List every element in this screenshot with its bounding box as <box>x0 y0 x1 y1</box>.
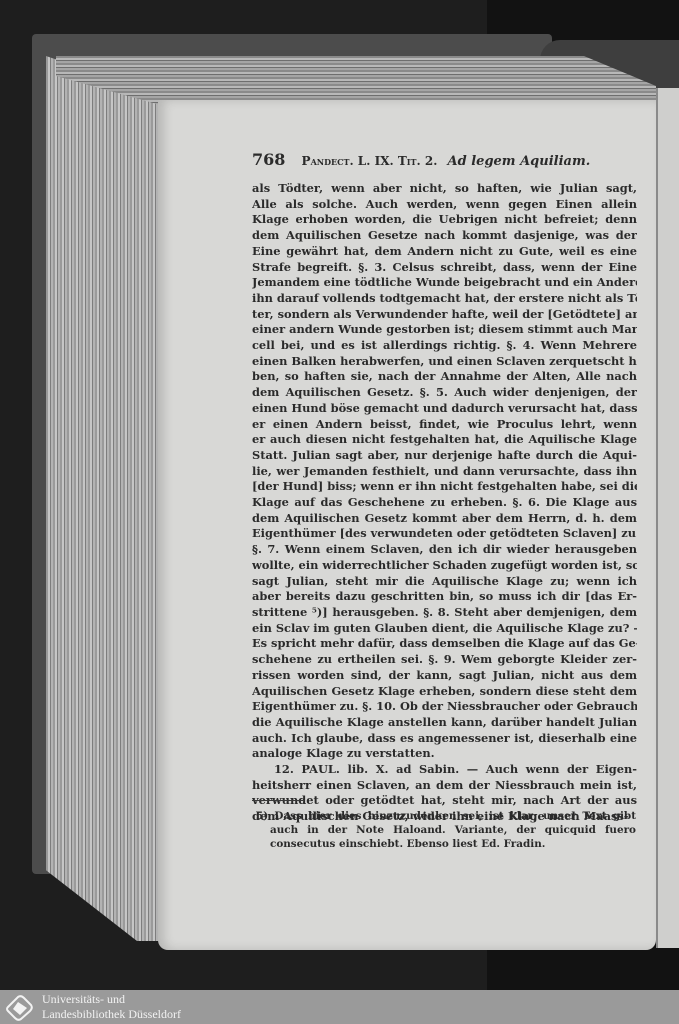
text-line: einen Balken herabwerfen, und einen Scla… <box>252 354 637 370</box>
text-line: Eine gewährt hat, dem Andern nicht zu Gu… <box>252 244 637 260</box>
text-line: als Tödter, wenn aber nicht, so haften, … <box>252 181 637 197</box>
running-title-italic: Ad legem Aquiliam. <box>448 154 591 169</box>
text-line: Eigenthümer zu. §. 10. Ob der Niessbrauc… <box>252 699 637 715</box>
footnote-line: 5) Dass hier dies hinzuzudenken sei, ist… <box>256 809 636 823</box>
text-line: ben, so haften sie, nach der Annahme der… <box>252 369 637 385</box>
text-line: verwundet oder getödtet hat, steht mir, … <box>252 793 637 809</box>
text-line: Es spricht mehr dafür, dass demselben di… <box>252 636 637 652</box>
text-line: analoge Klage zu verstatten. <box>252 746 637 762</box>
book-logo-icon <box>4 993 34 1021</box>
text-line: die Aquilische Klage anstellen kann, dar… <box>252 715 637 731</box>
facing-page-edge <box>656 88 679 948</box>
text-line: heitsherr einen Sclaven, an dem der Nies… <box>252 778 637 794</box>
text-line: einen Hund böse gemacht und dadurch veru… <box>252 401 637 417</box>
footnote-rule <box>252 800 304 801</box>
page-top-edge <box>56 56 656 106</box>
footnote-line: consecutus einschiebt. Ebenso liest Ed. … <box>256 837 636 851</box>
text-line: dem Aquilischen Gesetze nach kommt dasje… <box>252 228 637 244</box>
text-line: er einen Andern beisst, findet, wie Proc… <box>252 417 637 433</box>
page-fore-edge <box>46 56 176 941</box>
text-line: strittene ⁵)] herausgeben. §. 8. Steht a… <box>252 605 637 621</box>
footnote: 5) Dass hier dies hinzuzudenken sei, ist… <box>256 809 636 851</box>
text-line: Eigenthümer [des verwundeten oder getödt… <box>252 526 637 542</box>
text-line: 12. PAUL. lib. X. ad Sabin. — Auch wenn … <box>252 762 637 778</box>
text-line: ihn darauf vollends todtgemacht hat, der… <box>252 291 637 307</box>
text-line: Alle als solche. Auch werden, wenn gegen… <box>252 197 637 213</box>
text-line: er auch diesen nicht festgehalten hat, d… <box>252 432 637 448</box>
text-line: ein Sclav im guten Glauben dient, die Aq… <box>252 621 637 637</box>
text-line: [der Hund] biss; wenn er ihn nicht festg… <box>252 479 637 495</box>
text-line: §. 7. Wenn einem Sclaven, den ich dir wi… <box>252 542 637 558</box>
text-line: Klage erhoben worden, die Uebrigen nicht… <box>252 212 637 228</box>
text-line: wollte, ein widerrechtlicher Schaden zug… <box>252 558 637 574</box>
text-line: einer andern Wunde gestorben ist; diesem… <box>252 322 637 338</box>
text-line: auch. Ich glaube, dass es angemessener i… <box>252 731 637 747</box>
library-name-line1: Universitäts- und <box>42 992 181 1007</box>
text-line: Statt. Julian sagt aber, nur derjenige h… <box>252 448 637 464</box>
text-line: cell bei, und es ist allerdings richtig.… <box>252 338 637 354</box>
page-number: 768 <box>252 150 285 169</box>
text-line: sagt Julian, steht mir die Aquilische Kl… <box>252 574 637 590</box>
text-line: rissen worden sind, der kann, sagt Julia… <box>252 668 637 684</box>
library-name-line2: Landesbibliothek Düsseldorf <box>42 1007 181 1022</box>
body-text: als Tödter, wenn aber nicht, so haften, … <box>252 181 637 825</box>
text-line: aber bereits dazu geschritten bin, so mu… <box>252 589 637 605</box>
footer-bar: Universitäts- und Landesbibliothek Düsse… <box>0 990 679 1024</box>
text-line: dem Aquilischen Gesetz kommt aber dem He… <box>252 511 637 527</box>
text-line: Aquilischen Gesetz Klage erheben, sonder… <box>252 684 637 700</box>
running-title: Pandect. L. IX. Tit. 2. <box>302 154 438 168</box>
text-line: Jemandem eine tödtliche Wunde beigebrach… <box>252 275 637 291</box>
footnote-line: auch in der Note Haloand. Variante, der … <box>256 823 636 837</box>
text-line: Strafe begreift. §. 3. Celsus schreibt, … <box>252 260 637 276</box>
text-line: ter, sondern als Verwundender hafte, wei… <box>252 307 637 323</box>
text-line: dem Aquilischen Gesetz. §. 5. Auch wider… <box>252 385 637 401</box>
text-line: schehene zu ertheilen sei. §. 9. Wem geb… <box>252 652 637 668</box>
page-header: 768 Pandect. L. IX. Tit. 2. Ad legem Aqu… <box>252 150 640 170</box>
text-line: lie, wer Jemanden festhielt, und dann ve… <box>252 464 637 480</box>
text-line: Klage auf das Geschehene zu erheben. §. … <box>252 495 637 511</box>
library-name: Universitäts- und Landesbibliothek Düsse… <box>42 992 181 1022</box>
